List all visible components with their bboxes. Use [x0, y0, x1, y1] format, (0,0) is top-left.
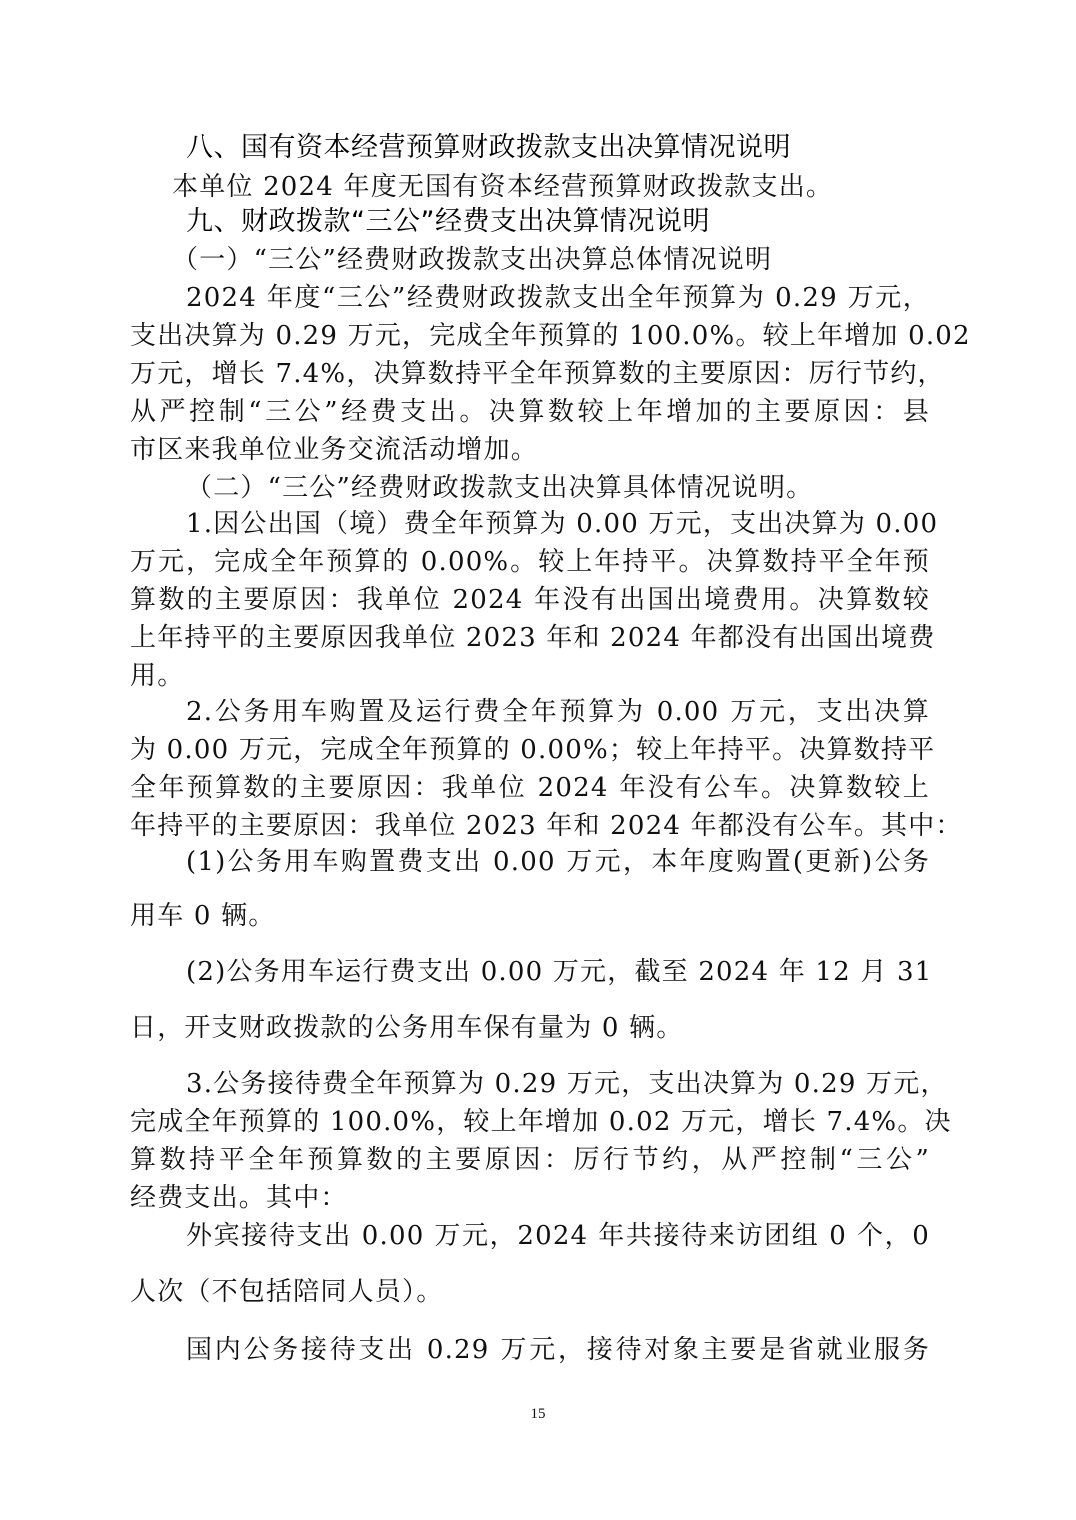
section-heading-9: 九、财政拨款“三公”经费支出决算情况说明	[186, 206, 930, 238]
item-2-sub-2-line: (2)公务用车运行费支出 0.00 万元，截至 2024 年 12 月 31	[186, 956, 930, 988]
paragraph-line: 万元，增长 7.4%，决算数持平全年预算数的主要原因：厉行节约，	[130, 358, 930, 390]
paragraph-line: 从严控制“三公”经费支出。决算数较上年增加的主要原因：县	[130, 396, 930, 428]
item-2-line: 2.公务用车购置及运行费全年预算为 0.00 万元，支出决算	[186, 696, 930, 728]
paragraph-line: 2024 年度“三公”经费财政拨款支出全年预算为 0.29 万元，	[186, 282, 930, 314]
item-1-line: 算数的主要原因：我单位 2024 年没有出国出境费用。决算数较	[130, 584, 930, 616]
subsection-heading-overall: （一）“三公”经费财政拨款支出决算总体情况说明	[172, 244, 930, 276]
item-3-line: 经费支出。其中：	[130, 1182, 930, 1214]
item-1-line: 1.因公出国（境）费全年预算为 0.00 万元，支出决算为 0.00	[186, 508, 930, 540]
item-3-line: 算数持平全年预算数的主要原因：厉行节约，从严控制“三公”	[130, 1144, 930, 1176]
item-1-line: 万元，完成全年预算的 0.00%。较上年持平。决算数持平全年预	[130, 546, 930, 578]
item-3-sub-2-line: 国内公务接待支出 0.29 万元，接待对象主要是省就业服务	[186, 1334, 930, 1366]
item-1-line: 用。	[130, 660, 930, 692]
item-1-line: 上年持平的主要原因我单位 2023 年和 2024 年都没有出国出境费	[130, 622, 930, 654]
document-page: 八、国有资本经营预算财政拨款支出决算情况说明 本单位 2024 年度无国有资本经…	[0, 0, 1076, 1520]
paragraph-line: 支出决算为 0.29 万元，完成全年预算的 100.0%。较上年增加 0.02	[130, 320, 930, 352]
item-2-line: 全年预算数的主要原因：我单位 2024 年没有公车。决算数较上	[130, 772, 930, 804]
section-heading-8: 八、国有资本经营预算财政拨款支出决算情况说明	[186, 132, 930, 164]
paragraph-state-capital: 本单位 2024 年度无国有资本经营预算财政拨款支出。	[172, 171, 930, 203]
item-2-sub-1-line: 用车 0 辆。	[130, 900, 930, 932]
subsection-heading-detail: （二）“三公”经费财政拨款支出决算具体情况说明。	[186, 472, 930, 504]
item-2-line: 年持平的主要原因：我单位 2023 年和 2024 年都没有公车。其中：	[130, 810, 930, 842]
item-2-line: 为 0.00 万元，完成全年预算的 0.00%；较上年持平。决算数持平	[130, 734, 930, 766]
item-2-sub-1-line: (1)公务用车购置费支出 0.00 万元，本年度购置(更新)公务	[186, 846, 930, 878]
item-3-sub-1-line: 外宾接待支出 0.00 万元，2024 年共接待来访团组 0 个，0	[186, 1220, 930, 1252]
paragraph-line: 市区来我单位业务交流活动增加。	[130, 434, 930, 466]
item-2-sub-2-line: 日，开支财政拨款的公务用车保有量为 0 辆。	[130, 1012, 930, 1044]
item-3-line: 3.公务接待费全年预算为 0.29 万元，支出决算为 0.29 万元，	[186, 1068, 930, 1100]
item-3-line: 完成全年预算的 100.0%，较上年增加 0.02 万元，增长 7.4%。决	[130, 1106, 930, 1138]
item-3-sub-1-line: 人次（不包括陪同人员）。	[130, 1276, 930, 1308]
page-number: 15	[0, 1406, 1076, 1423]
